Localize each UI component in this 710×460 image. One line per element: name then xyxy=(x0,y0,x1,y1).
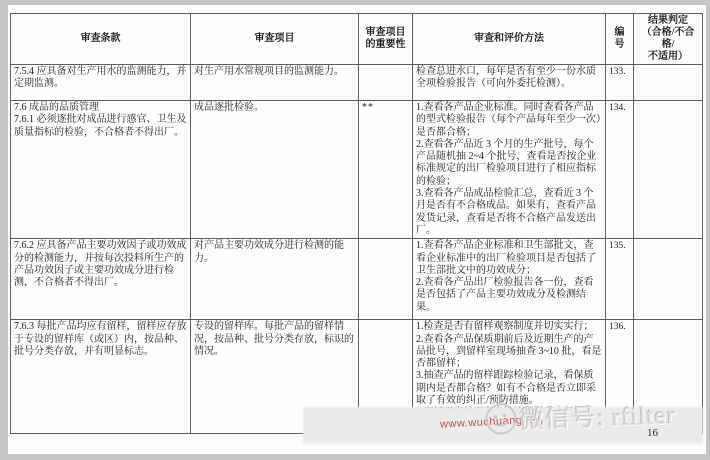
clause-cell: 7.6.3 每批产品均应有留样，留样应存放于专设的留样库（或区）内，按品种、批号… xyxy=(11,320,191,434)
item-cell: 对生产用水常规项目的监测能力。 xyxy=(191,65,359,101)
result-cell xyxy=(634,239,703,320)
clause-cell: 7.6.2 应具备产品主要功效因子或功效成分的检测能力，并按每次投料所生产的产品… xyxy=(11,239,191,320)
header-method: 审查和评价方法 xyxy=(413,14,606,65)
page-number: 16 xyxy=(647,427,658,439)
item-cell: 成品逐批检验。 xyxy=(191,101,359,239)
document-page: 审查条款 审查项目 审查项目 的重要性 审查和评价方法 编 号 结果判定 （合格… xyxy=(8,5,706,454)
header-result: 结果判定 （合格/不合格/ 不适用） xyxy=(634,14,703,65)
clause-cell: 7.5.4 应具备对生产用水的监测能力，并定期监测。 xyxy=(11,65,191,101)
result-cell xyxy=(634,65,703,101)
item-cell: 对产品主要功效成分进行检测的能力。 xyxy=(191,239,359,320)
audit-table: 审查条款 审查项目 审查项目 的重要性 审查和评价方法 编 号 结果判定 （合格… xyxy=(10,13,703,434)
importance-cell: ** xyxy=(359,101,413,239)
header-number: 编 号 xyxy=(606,14,634,65)
wechat-logo-icon xyxy=(479,396,523,442)
method-cell: 检查总进水口，每年是否有至少一份水质全项检验报告（可向外委托检测）。 xyxy=(413,65,606,101)
table-row: 7.6 成品的品质管理 7.6.1 必须逐批对成品进行感官、卫生及质量指标的检验… xyxy=(11,101,703,239)
clause-cell: 7.6 成品的品质管理 7.6.1 必须逐批对成品进行感官、卫生及质量指标的检验… xyxy=(11,101,191,239)
table-row: 7.5.4 应具备对生产用水的监测能力，并定期监测。 对生产用水常规项目的监测能… xyxy=(11,65,703,101)
number-cell: 133. xyxy=(606,65,634,101)
header-item: 审查项目 xyxy=(191,14,359,65)
method-cell: 1.查看各产品企业标准和卫生部批文，查看企业标准中的出厂检验项目是否包括了卫生部… xyxy=(413,239,606,320)
number-cell: 135. xyxy=(606,239,634,320)
method-cell: 1.查看各产品企业标准。同时查看各产品的型式检验报告（每个产品每年至少一次）是否… xyxy=(413,101,606,239)
header-clause: 审查条款 xyxy=(11,14,191,65)
number-cell: 134. xyxy=(606,101,634,239)
header-row: 审查条款 审查项目 审查项目 的重要性 审查和评价方法 编 号 结果判定 （合格… xyxy=(11,14,703,65)
importance-cell xyxy=(359,239,413,320)
result-cell xyxy=(634,101,703,239)
header-importance: 审查项目 的重要性 xyxy=(359,14,413,65)
table-row: 7.6.2 应具备产品主要功效因子或功效成分的检测能力，并按每次投料所生产的产品… xyxy=(11,239,703,320)
importance-cell xyxy=(359,65,413,101)
